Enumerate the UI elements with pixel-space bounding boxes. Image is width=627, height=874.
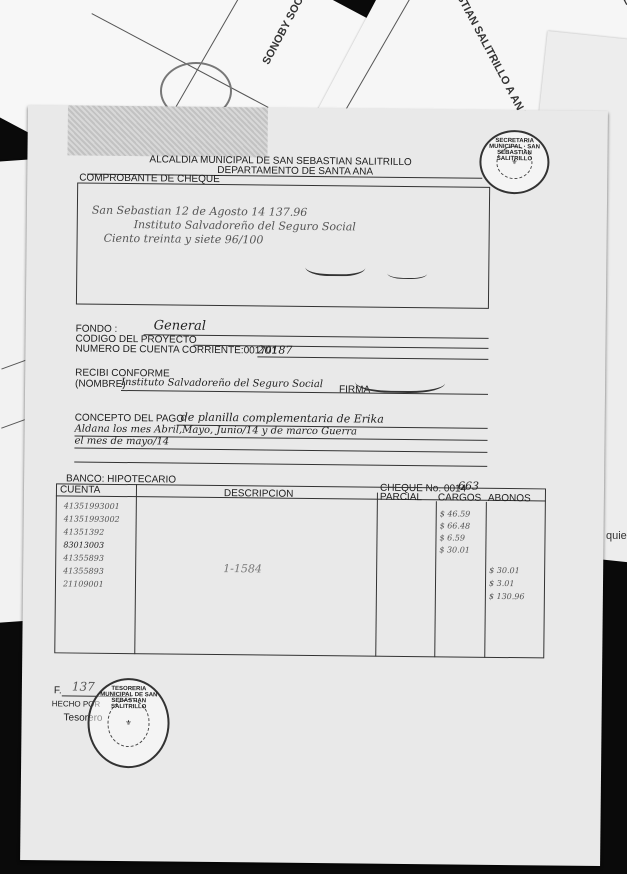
concepto-line-1: de planilla complementaria de Erika [181, 411, 384, 426]
descripcion-cell: 1-1584 [223, 562, 262, 575]
cuenta-label: NUMERO DE CUENTA CORRIENTE:001701 [75, 344, 277, 357]
check-date-amount: San Sebastian 12 de Agosto 14 137.96 [92, 204, 307, 219]
th-cargos: CARGOS [438, 492, 481, 503]
check-amount-words: Ciento treinta y siete 96/100 [104, 232, 264, 247]
cargo-cell: $ 46.59 [440, 509, 471, 518]
th-descripcion: DESCRIPCION [224, 488, 294, 500]
nombre-label: (NOMBRE) [75, 379, 126, 391]
stamp-ring-text: TESORERIA MUNICIPAL DE SAN SEBASTIAN SAL… [90, 686, 168, 711]
background-text: quie [606, 530, 627, 542]
cuenta-cell: 41355893 [63, 553, 104, 562]
signature [387, 265, 427, 279]
signature [355, 366, 445, 393]
check-detail-box: San Sebastian 12 de Agosto 14 137.96 Ins… [76, 183, 490, 309]
cargo-cell: $ 6.59 [439, 533, 465, 542]
signature [305, 254, 365, 277]
cuenta-cell: 41355893 [63, 566, 104, 575]
f-label: F. [54, 685, 62, 696]
check-voucher-page: ALCALDIA MUNICIPAL DE SAN SEBASTIAN SALI… [20, 105, 608, 866]
cuenta-cell: 21109001 [63, 579, 104, 588]
secretaria-stamp: SECRETARIA MUNICIPAL · SAN SEBASTIAN SAL… [479, 130, 550, 195]
cargo-cell: $ 30.01 [439, 545, 470, 554]
copy-shadow [67, 105, 268, 157]
cuenta-cell: 41351993002 [64, 514, 120, 524]
th-parcial: PARCIAL [380, 492, 422, 503]
accounts-table [54, 483, 546, 658]
cuenta-value: 20187 [257, 343, 292, 356]
abono-cell: $ 30.01 [489, 566, 520, 575]
stamp-ring-text: SECRETARIA MUNICIPAL · SAN SEBASTIAN SAL… [481, 138, 547, 163]
th-abonos: ABONOS [488, 493, 531, 504]
check-payee: Instituto Salvadoreño del Seguro Social [134, 218, 356, 233]
cargo-cell: $ 66.48 [440, 521, 471, 530]
concepto-rule [74, 462, 487, 467]
cuenta-cell: 41351993001 [64, 501, 120, 511]
abono-cell: $ 3.01 [489, 579, 515, 588]
cuenta-cell: 83013003 [63, 540, 104, 549]
fondo-value: General [154, 318, 206, 334]
th-cuenta: CUENTA [60, 484, 100, 495]
abono-cell: $ 130.96 [489, 592, 525, 601]
nombre-rule [121, 390, 488, 395]
concepto-line-3: el mes de mayo/14 [74, 436, 169, 448]
concepto-rule [74, 448, 487, 453]
nombre-value: Instituto Salvadoreño del Seguro Social [121, 377, 323, 390]
cuenta-cell: 41351392 [63, 527, 104, 536]
tesoreria-stamp: TESORERIA MUNICIPAL DE SAN SEBASTIAN SAL… [87, 678, 170, 769]
cuenta-rule [257, 356, 488, 359]
